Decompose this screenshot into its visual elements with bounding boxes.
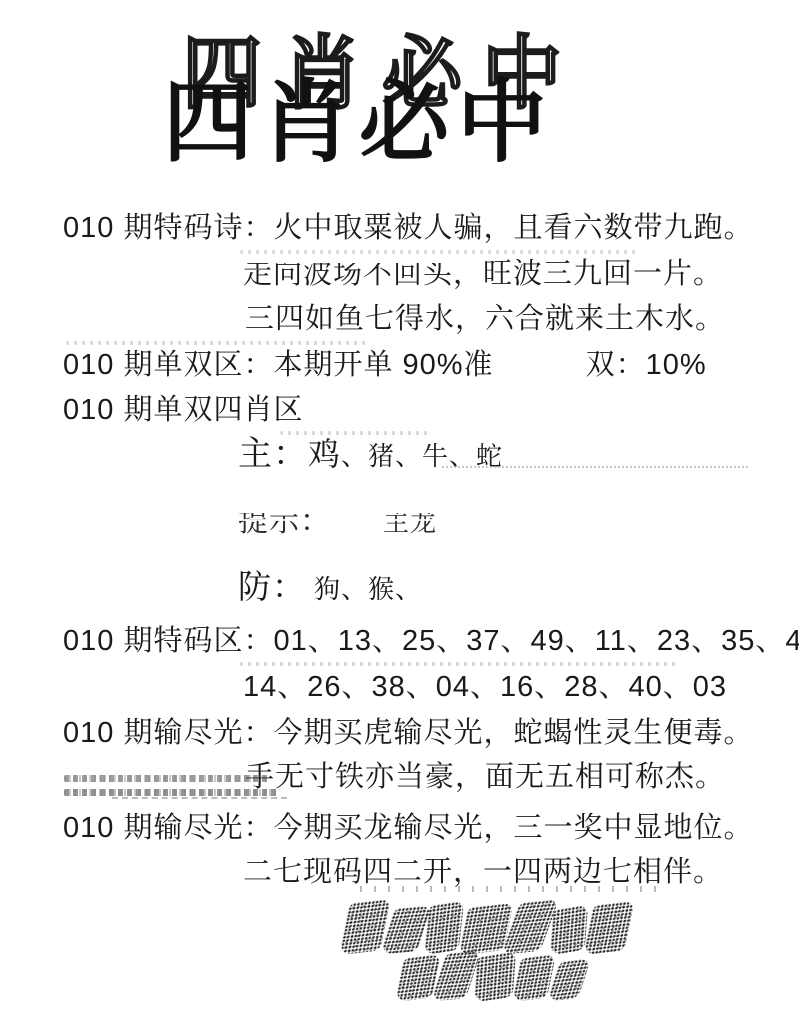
tema-row-2: 14、26、38、04、16、28、40、03 [243, 671, 727, 704]
danshuang-dan: 本期开单 90%准 [273, 349, 493, 381]
shujin1-line1: 今期买虎输尽光，蛇蝎性灵生便毒。 [273, 717, 753, 749]
shujin2-line2: 二七现码四二开，一四两边七相伴。 [243, 856, 723, 888]
watermark-scatter [360, 886, 660, 892]
tema-numbers-1: 01、13、25、37、49、11、23、35、47、02、 [273, 625, 799, 657]
danshuang-row: 010 期单双区：本期开单 90%准双：10% [63, 349, 707, 382]
fang-value: 狗、猴、 [314, 574, 422, 604]
artifact-strip [66, 341, 366, 345]
watermark-smudge-row-2 [400, 950, 587, 1000]
poem-row-2: 走向波场不回头，旺波三九回一片。 [243, 258, 723, 291]
sixiao-header: 010 期单双四肖区 [63, 394, 303, 426]
sixiao-header-row: 010 期单双四肖区 [63, 394, 303, 427]
erasure-smudge [64, 775, 269, 782]
sixiao-tishi-row: 提示：主龙 [238, 505, 437, 540]
artifact-strip [240, 250, 640, 254]
danshuang-label: 010 期单双区： [63, 349, 273, 381]
danshuang-shuang: 双：10% [586, 349, 707, 381]
shujin2-row-2: 二七现码四二开，一四两边七相伴。 [243, 856, 723, 889]
smudge-blob [424, 901, 464, 956]
poem-line2a-erased: 走向波场不回头， [243, 258, 483, 291]
shujin1-line2: 手无寸铁亦当豪，面无五相可称杰。 [245, 761, 725, 793]
poem-row-3: 三四如鱼七得水，六合就来土木水。 [245, 303, 725, 336]
shujin1-row-1: 010 期输尽光：今期买虎输尽光，蛇蝎性灵生便毒。 [63, 717, 753, 750]
tema-row-1: 010 期特码区：01、13、25、37、49、11、23、35、47、02、 [63, 625, 799, 658]
shujin2-line1: 今期买龙输尽光，三一奖中显地位。 [273, 812, 753, 844]
erasure-dashes [112, 797, 287, 799]
shujin1-label: 010 期输尽光： [63, 717, 273, 749]
poem-label: 010 期特码诗： [63, 212, 273, 244]
title-solid-text: 四肖必中 [163, 78, 555, 168]
lottery-tip-sheet: 四肖必中 四肖必中 010 期特码诗：火中取粟被人骗，且看六数带九跑。 走向波场… [0, 0, 799, 1024]
tema-label: 010 期特码区： [63, 625, 273, 657]
shujin2-row-1: 010 期输尽光：今期买龙输尽光，三一奖中显地位。 [63, 812, 753, 845]
fang-label: 防： [238, 568, 306, 605]
artifact-strip [240, 662, 680, 666]
faded-underline [442, 466, 748, 468]
erasure-smudge [64, 789, 279, 796]
watermark-smudge-row-1 [345, 893, 632, 953]
shujin1-row-2: 手无寸铁亦当豪，面无五相可称杰。 [245, 761, 725, 794]
shujin2-label: 010 期输尽光： [63, 812, 273, 844]
sixiao-fang-row: 防：狗、猴、 [238, 568, 422, 606]
smudge-blob [474, 951, 516, 1002]
smudge-blob [583, 901, 634, 956]
zhu-label: 主： [238, 435, 308, 473]
zhu-first-animal: 鸡 [308, 436, 341, 472]
tema-numbers-2: 14、26、38、04、16、28、40、03 [243, 671, 727, 703]
poem-row-1: 010 期特码诗：火中取粟被人骗，且看六数带九跑。 [63, 212, 753, 245]
poem-line3: 三四如鱼七得水，六合就来土木水。 [245, 303, 725, 335]
tishi-label: 提示： [238, 505, 331, 538]
tishi-value: 主龙 [383, 507, 437, 537]
sixiao-zhu-row: 主：鸡、猪、牛、蛇 [238, 435, 503, 474]
poem-line1: 火中取粟被人骗，且看六数带九跑。 [273, 212, 753, 244]
smudge-blob [550, 904, 588, 955]
poem-line2b: 旺波三九回一片。 [483, 258, 723, 290]
